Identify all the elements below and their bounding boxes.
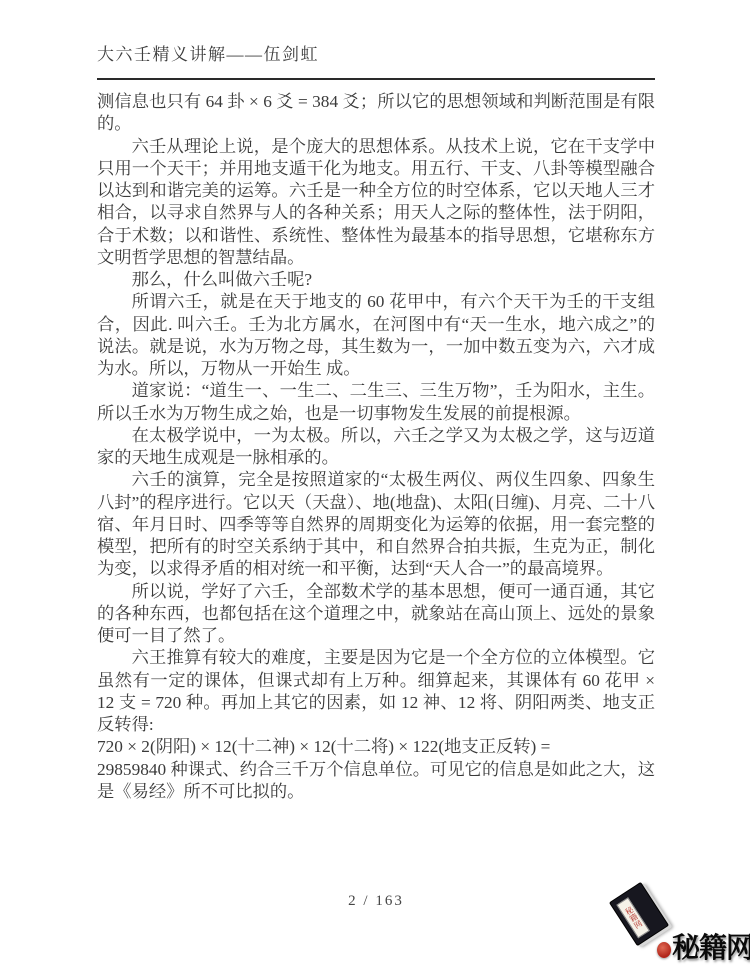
page-header: 大六壬精义讲解——伍剑虹 [97, 40, 655, 80]
document-page: 大六壬精义讲解——伍剑虹 测信息也只有 64 卦 × 6 爻 = 384 爻；所… [0, 0, 750, 970]
seal-icon [657, 942, 671, 958]
book-icon: 秘籍网 [609, 882, 669, 946]
paragraph: 六王推算有较大的难度，主要是因为它是一个全方位的立体模型。它虽然有一定的课体，但… [97, 647, 655, 736]
paragraph: 在太极学说中，一为太极。所以，六壬之学又为太极之学，这与迈道家的天地生成观是一脉… [97, 425, 655, 470]
paragraph: 那么，什么叫做六壬呢? [97, 269, 655, 291]
body-text: 测信息也只有 64 卦 × 6 爻 = 384 爻；所以它的思想领域和判断范围是… [97, 91, 655, 803]
watermark-text: 秘籍网 [672, 926, 750, 966]
paragraph: 六壬从理论上说，是个庞大的思想体系。从技术上说，它在干支学中只用一个天干；并用地… [97, 136, 655, 270]
watermark-logo: 秘籍网 秘籍网 [600, 874, 745, 966]
paragraph: 所谓六壬，就是在天于地支的 60 花甲中，有六个天干为壬的干支组合，因此. 叫六… [97, 291, 655, 380]
book-title: 大六壬精义讲解——伍剑虹 [97, 45, 319, 64]
book-label: 秘籍网 [616, 897, 650, 938]
paragraph: 所以说，学好了六壬，全部数术学的基本思想，便可一通百通，其它的各种东西，也都包括… [97, 581, 655, 648]
paragraph: 720 × 2(阴阳) × 12(十二神) × 12(十二将) × 122(地支… [97, 736, 655, 758]
page-number: 2 / 163 [348, 893, 404, 909]
paragraph: 29859840 种课式、约合三千万个信息单位。可见它的信息是如此之大，这是《易… [97, 759, 655, 804]
paragraph: 六壬的演算，完全是按照道家的“太极生两仪、两仪生四象、四象生八封”的程序进行。它… [97, 469, 655, 580]
paragraph: 测信息也只有 64 卦 × 6 爻 = 384 爻；所以它的思想领域和判断范围是… [97, 91, 655, 136]
paragraph: 道家说：“道生一、一生二、二生三、三生万物”，壬为阳水，主生。所以壬水为万物生成… [97, 380, 655, 425]
page-footer: 2 / 163 [97, 893, 655, 910]
